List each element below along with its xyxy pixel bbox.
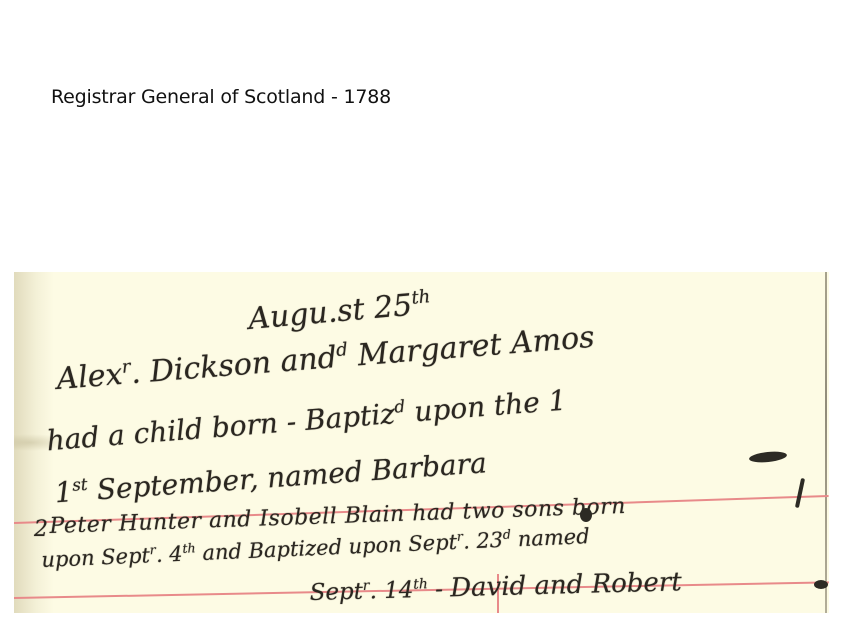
entry-1-sup: st bbox=[71, 474, 88, 495]
parish-register-scan: Augu.st 25th Alexr. Dickson andd Margare… bbox=[14, 272, 829, 613]
entry-2-text: - bbox=[428, 576, 451, 603]
ink-blot bbox=[814, 580, 828, 589]
entry-1-text: 1 bbox=[54, 475, 74, 509]
date-heading-text: Augu.st 25 bbox=[247, 288, 414, 337]
entry-2-text: . 23 bbox=[463, 528, 504, 554]
entry-2-text: . 4 bbox=[155, 542, 183, 567]
entry-2-number: 2 bbox=[34, 517, 48, 542]
entry-1-text: . Dickson and bbox=[130, 340, 339, 391]
entry-1-text: Margaret Amos bbox=[347, 320, 596, 374]
ink-stroke bbox=[795, 478, 805, 508]
entry-2-line-3: Septr. 14th - David and Robert bbox=[309, 567, 682, 607]
page-edge bbox=[825, 272, 827, 613]
entry-1-text: September, named Barbara bbox=[87, 446, 488, 507]
entry-2-sup: th bbox=[182, 540, 196, 556]
ink-blot bbox=[749, 450, 788, 464]
entry-2-text: . 14 bbox=[369, 577, 414, 604]
date-heading: Augu.st 25th bbox=[247, 286, 432, 337]
entry-2-text: named bbox=[511, 524, 590, 551]
entry-1-text: upon the 1 bbox=[404, 384, 567, 430]
entry-2-text: upon Sept bbox=[41, 543, 150, 572]
entry-1-text: had a child born - Baptiz bbox=[45, 397, 396, 457]
entry-2-text: Sept bbox=[309, 579, 363, 606]
entry-1-text: Alex bbox=[55, 357, 123, 397]
entry-1-line-2: had a child born - Baptizd upon the 1 bbox=[45, 383, 567, 457]
date-suffix: th bbox=[411, 286, 432, 309]
entry-2-text: and Baptized upon Sept bbox=[195, 530, 457, 565]
entry-2-sup: th bbox=[413, 576, 428, 592]
ink-blot bbox=[580, 508, 592, 522]
slide-title: Registrar General of Scotland - 1788 bbox=[51, 86, 391, 108]
entry-1-line-3: 1st September, named Barbara bbox=[54, 446, 488, 509]
entry-2-names: David and Robert bbox=[450, 567, 682, 603]
entry-1-line-1: Alexr. Dickson andd Margaret Amos bbox=[55, 320, 595, 397]
